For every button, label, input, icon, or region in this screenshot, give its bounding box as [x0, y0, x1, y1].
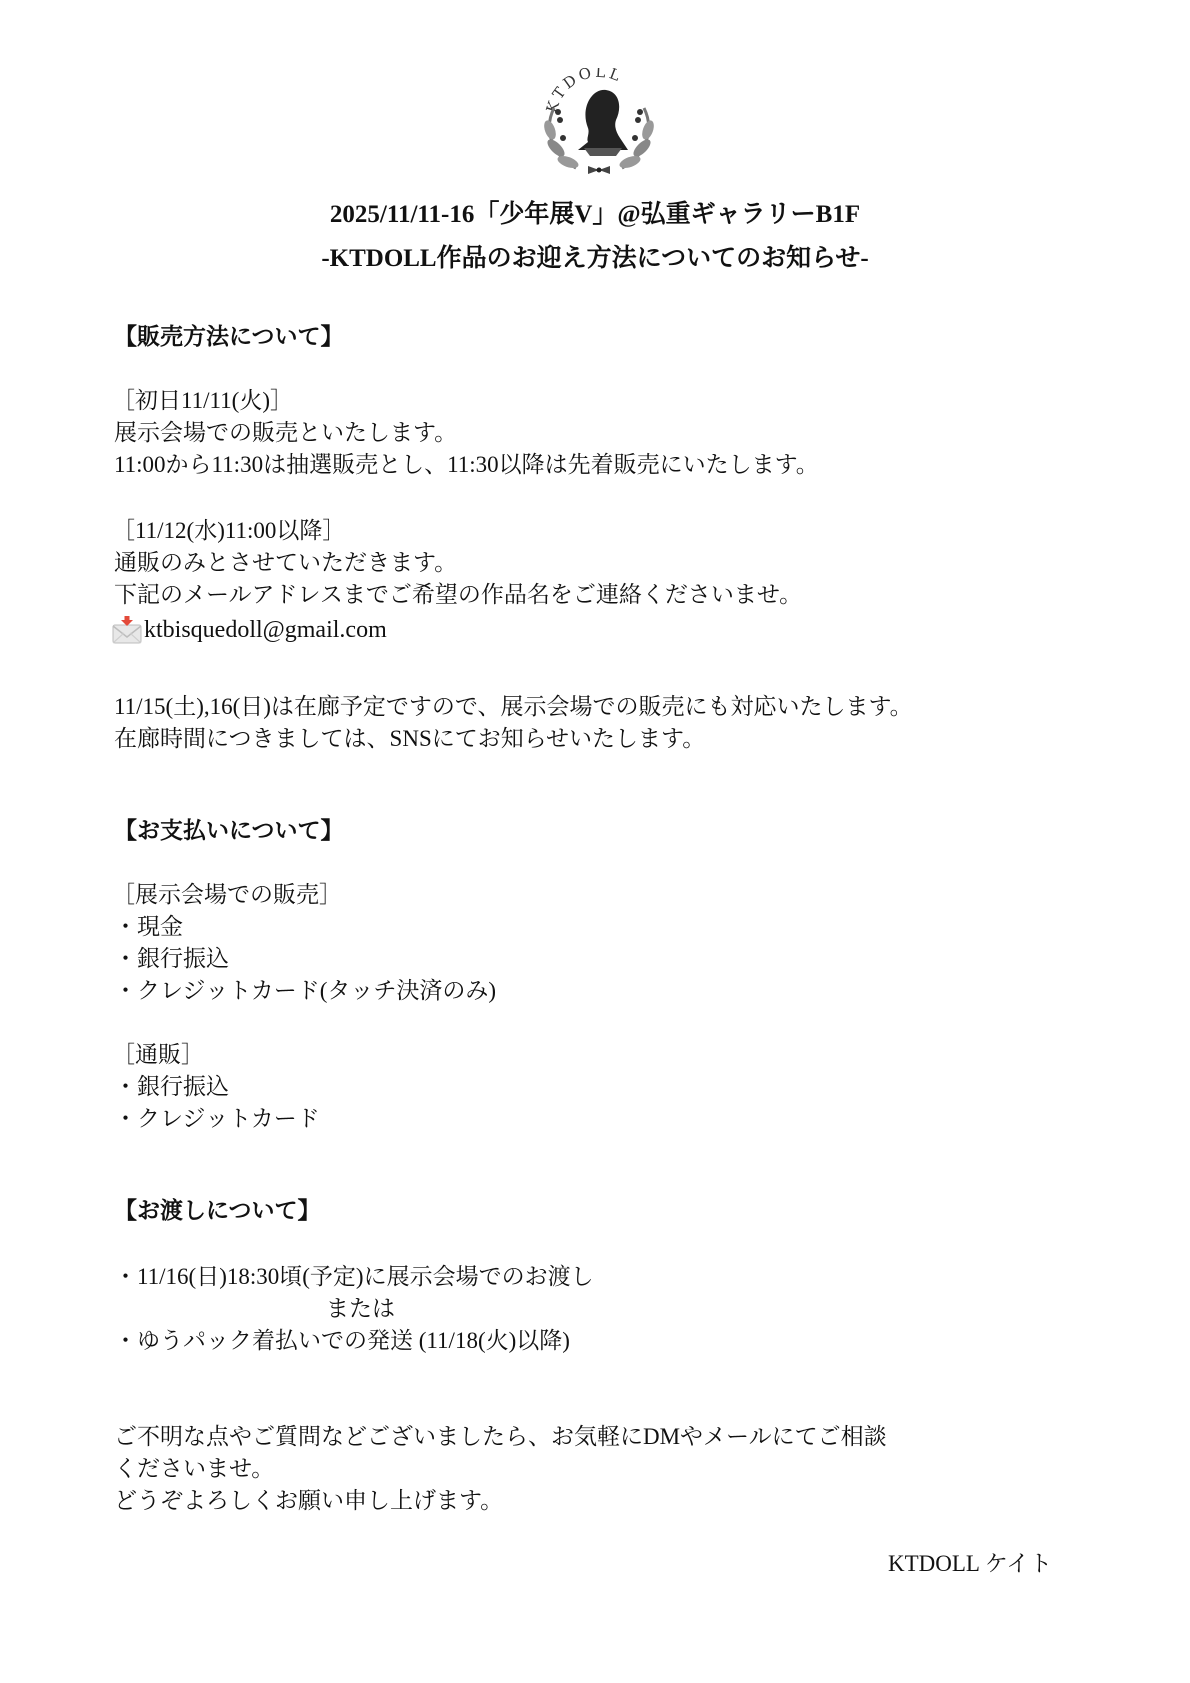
day1-line: 展示会場での販売といたします。: [114, 418, 457, 448]
signature: KTDOLL ケイト: [888, 1545, 1052, 1578]
notice-title: 2025/11/11-16「少年展V」@弘重ギャラリーB1F: [0, 194, 1190, 230]
payment-item: ・クレジットカード(タッチ決済のみ): [114, 976, 496, 1006]
payment-heading: 【お支払いについて】: [114, 816, 344, 846]
contact-email-link[interactable]: ktbisquedoll@gmail.com: [144, 615, 387, 645]
payment-item: ・銀行振込: [114, 944, 229, 974]
day1-line: 11:00から11:30は抽選販売とし、11:30以降は先着販売にいたします。: [114, 450, 819, 480]
payment-item: ・クレジットカード: [114, 1104, 320, 1134]
delivery-heading: 【お渡しについて】: [114, 1196, 321, 1226]
venue-payment-label: ［展示会場での販売］: [112, 880, 342, 910]
day2-line: 通販のみとさせていただきます。: [114, 548, 457, 578]
attendance-note: 在廊時間につきましては、SNSにてお知らせいたします。: [114, 724, 705, 754]
closing-line: くださいませ。: [114, 1454, 274, 1484]
day2-line: 下記のメールアドレスまでご希望の作品名をご連絡くださいませ。: [114, 580, 802, 610]
notice-subtitle: -KTDOLL作品のお迎え方法についてのお知らせ-: [0, 238, 1190, 274]
delivery-item: ・11/16(日)18:30頃(予定)に展示会場でのお渡し: [114, 1262, 594, 1292]
delivery-or: または: [326, 1294, 395, 1324]
ktdoll-logo: KTDOLL: [536, 68, 662, 178]
closing-line: どうぞよろしくお願い申し上げます。: [114, 1486, 503, 1516]
mail-order-payment-label: ［通販］: [112, 1040, 204, 1070]
closing-line: ご不明な点やご質問などございましたら、お気軽にDMやメールにてご相談: [114, 1422, 887, 1452]
payment-item: ・銀行振込: [114, 1072, 229, 1102]
email-row: ktbisquedoll@gmail.com: [112, 615, 387, 645]
delivery-item: ・ゆうパック着払いでの発送 (11/18(火)以降): [114, 1326, 570, 1356]
envelope-incoming-icon: [112, 616, 142, 644]
payment-item: ・現金: [114, 912, 183, 942]
cameo-silhouette-logo-icon: KTDOLL: [536, 68, 662, 178]
day1-label: ［初日11/11(火)］: [112, 386, 293, 416]
sales-heading: 【販売方法について】: [114, 322, 344, 352]
day2-label: ［11/12(水)11:00以降］: [112, 516, 345, 546]
attendance-note: 11/15(土),16(日)は在廊予定ですので、展示会場での販売にも対応いたしま…: [114, 692, 913, 722]
